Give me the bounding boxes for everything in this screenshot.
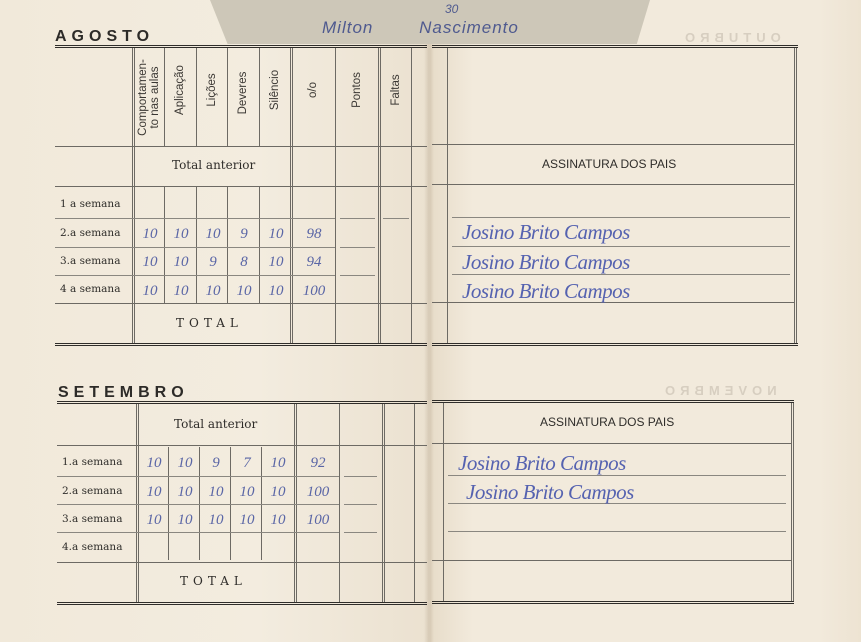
col-header-line: Comportamen- [137, 50, 149, 145]
grade-cell: 10 [230, 283, 258, 300]
percent-cell: 100 [300, 484, 336, 501]
row-divider [55, 146, 427, 147]
divider [227, 187, 228, 303]
grade-cell: 10 [167, 226, 195, 243]
row-divider [55, 186, 427, 187]
row-divider [432, 184, 794, 185]
grade-cell: 9 [202, 455, 230, 472]
week-label: 2.a semana [62, 485, 122, 497]
month-title-agosto: AGOSTO [55, 28, 154, 46]
signature-header: ASSINATURA DOS PAIS [542, 157, 676, 171]
divider [136, 404, 139, 602]
divider [164, 187, 165, 303]
row-divider [55, 218, 335, 219]
parent-signature: Josino Brito Campos [462, 250, 630, 275]
total-anterior-label: Total anterior [174, 417, 257, 431]
grade-cell: 10 [262, 283, 290, 300]
divider [227, 48, 228, 147]
grade-cell: 10 [199, 226, 227, 243]
ghost-title-outubro: OUTUBRO [680, 30, 781, 45]
ghost-title-novembro: NOVEMBRO [660, 383, 777, 398]
row-divider [432, 560, 791, 561]
grade-cell: 8 [230, 254, 258, 271]
month-title-setembro: SETEMBRO [58, 384, 189, 402]
row-divider [55, 275, 335, 276]
grade-cell: 9 [230, 226, 258, 243]
total-label: TOTAL [176, 316, 243, 330]
week-label: 3.a semana [60, 255, 120, 267]
row-divider [432, 443, 791, 444]
week-label: 1 a semana [60, 198, 120, 210]
parent-signature: Josino Brito Campos [462, 279, 630, 304]
grade-cell: 10 [171, 512, 199, 529]
table-bottom-border [57, 602, 427, 605]
grade-cell: 10 [167, 254, 195, 271]
grade-cell: 10 [140, 484, 168, 501]
grade-cell: 10 [167, 283, 195, 300]
grade-cell: 10 [233, 484, 261, 501]
grade-cell: 9 [199, 254, 227, 271]
week-label: 2.a semana [60, 227, 120, 239]
total-anterior-label: Total anterior [172, 158, 255, 172]
student-first-name: Milton [322, 18, 373, 37]
table-bottom-border [432, 601, 794, 604]
divider [294, 404, 297, 602]
week-label: 4 a semana [60, 283, 120, 295]
grade-cell: 10 [233, 512, 261, 529]
divider [447, 48, 448, 343]
table-top-border [432, 45, 798, 48]
grade-cell: 10 [264, 455, 292, 472]
parent-signature: Josino Brito Campos [466, 480, 634, 505]
col-header-comportamento: Comportamen- to nas aulas [137, 50, 161, 145]
divider [164, 48, 165, 147]
col-header-percent: o/o [307, 70, 319, 110]
divider [791, 403, 794, 602]
row-divider [340, 218, 375, 219]
page-number: 30 [445, 2, 458, 16]
grade-cell: 10 [136, 226, 164, 243]
col-header-pontos: Pontos [351, 65, 363, 115]
row-divider [57, 532, 339, 533]
divider [290, 48, 293, 343]
row-divider [344, 504, 377, 505]
table-top-border [57, 401, 427, 404]
col-header-faltas: Faltas [390, 65, 402, 115]
grade-cell: 10 [171, 455, 199, 472]
signature-line [452, 217, 790, 218]
grade-cell: 10 [262, 254, 290, 271]
table-bottom-border [55, 343, 427, 346]
grade-cell: 10 [264, 512, 292, 529]
divider [196, 48, 197, 147]
signature-header: ASSINATURA DOS PAIS [540, 415, 674, 429]
grade-cell: 10 [264, 484, 292, 501]
col-header-deveres: Deveres [237, 63, 249, 123]
grade-cell: 10 [171, 484, 199, 501]
grade-cell: 10 [140, 455, 168, 472]
total-label: TOTAL [180, 574, 247, 588]
grade-cell: 10 [136, 283, 164, 300]
table-top-border [432, 400, 794, 403]
divider [443, 403, 444, 602]
grade-cell: 10 [136, 254, 164, 271]
grade-cell: 7 [233, 455, 261, 472]
row-divider [57, 504, 339, 505]
divider [259, 187, 260, 303]
percent-cell: 100 [296, 283, 332, 300]
week-label: 3.a semana [62, 513, 122, 525]
percent-cell: 98 [296, 226, 332, 243]
table-bottom-border [432, 343, 798, 346]
grade-cell: 10 [140, 512, 168, 529]
divider [378, 48, 381, 343]
grade-cell: 10 [202, 512, 230, 529]
row-divider [57, 562, 427, 563]
row-divider [55, 303, 427, 304]
signature-line [448, 531, 786, 532]
row-divider [57, 476, 339, 477]
divider [411, 48, 412, 343]
row-divider [344, 532, 377, 533]
col-header-aplicacao: Aplicação [174, 55, 186, 125]
col-header-licoes: Lições [206, 60, 218, 120]
row-divider [340, 247, 375, 248]
grade-cell: 10 [202, 484, 230, 501]
parent-signature: Josino Brito Campos [462, 220, 630, 245]
row-divider [432, 144, 794, 145]
percent-cell: 100 [300, 512, 336, 529]
book-gutter [424, 0, 434, 642]
percent-cell: 92 [300, 455, 336, 472]
parent-signature: Josino Brito Campos [458, 451, 626, 476]
col-header-silencio: Silêncio [269, 55, 281, 125]
divider [382, 404, 385, 602]
percent-cell: 94 [296, 254, 332, 271]
divider [335, 48, 336, 343]
divider [794, 48, 797, 343]
week-label: 4.a semana [62, 541, 122, 553]
divider [259, 48, 260, 147]
table-top-border [55, 45, 427, 48]
row-divider [383, 218, 409, 219]
student-name: Milton Nascimento [322, 18, 519, 38]
grade-cell: 10 [262, 226, 290, 243]
divider [132, 48, 135, 343]
row-divider [344, 476, 377, 477]
grade-cell: 10 [199, 283, 227, 300]
divider [196, 187, 197, 303]
divider [414, 404, 415, 602]
student-last-name: Nascimento [419, 18, 519, 37]
col-header-line: to nas aulas [149, 50, 161, 145]
divider [339, 404, 340, 602]
row-divider [57, 445, 427, 446]
signature-line [452, 246, 790, 247]
row-divider [55, 247, 335, 248]
row-divider [340, 275, 375, 276]
week-label: 1.a semana [62, 456, 122, 468]
